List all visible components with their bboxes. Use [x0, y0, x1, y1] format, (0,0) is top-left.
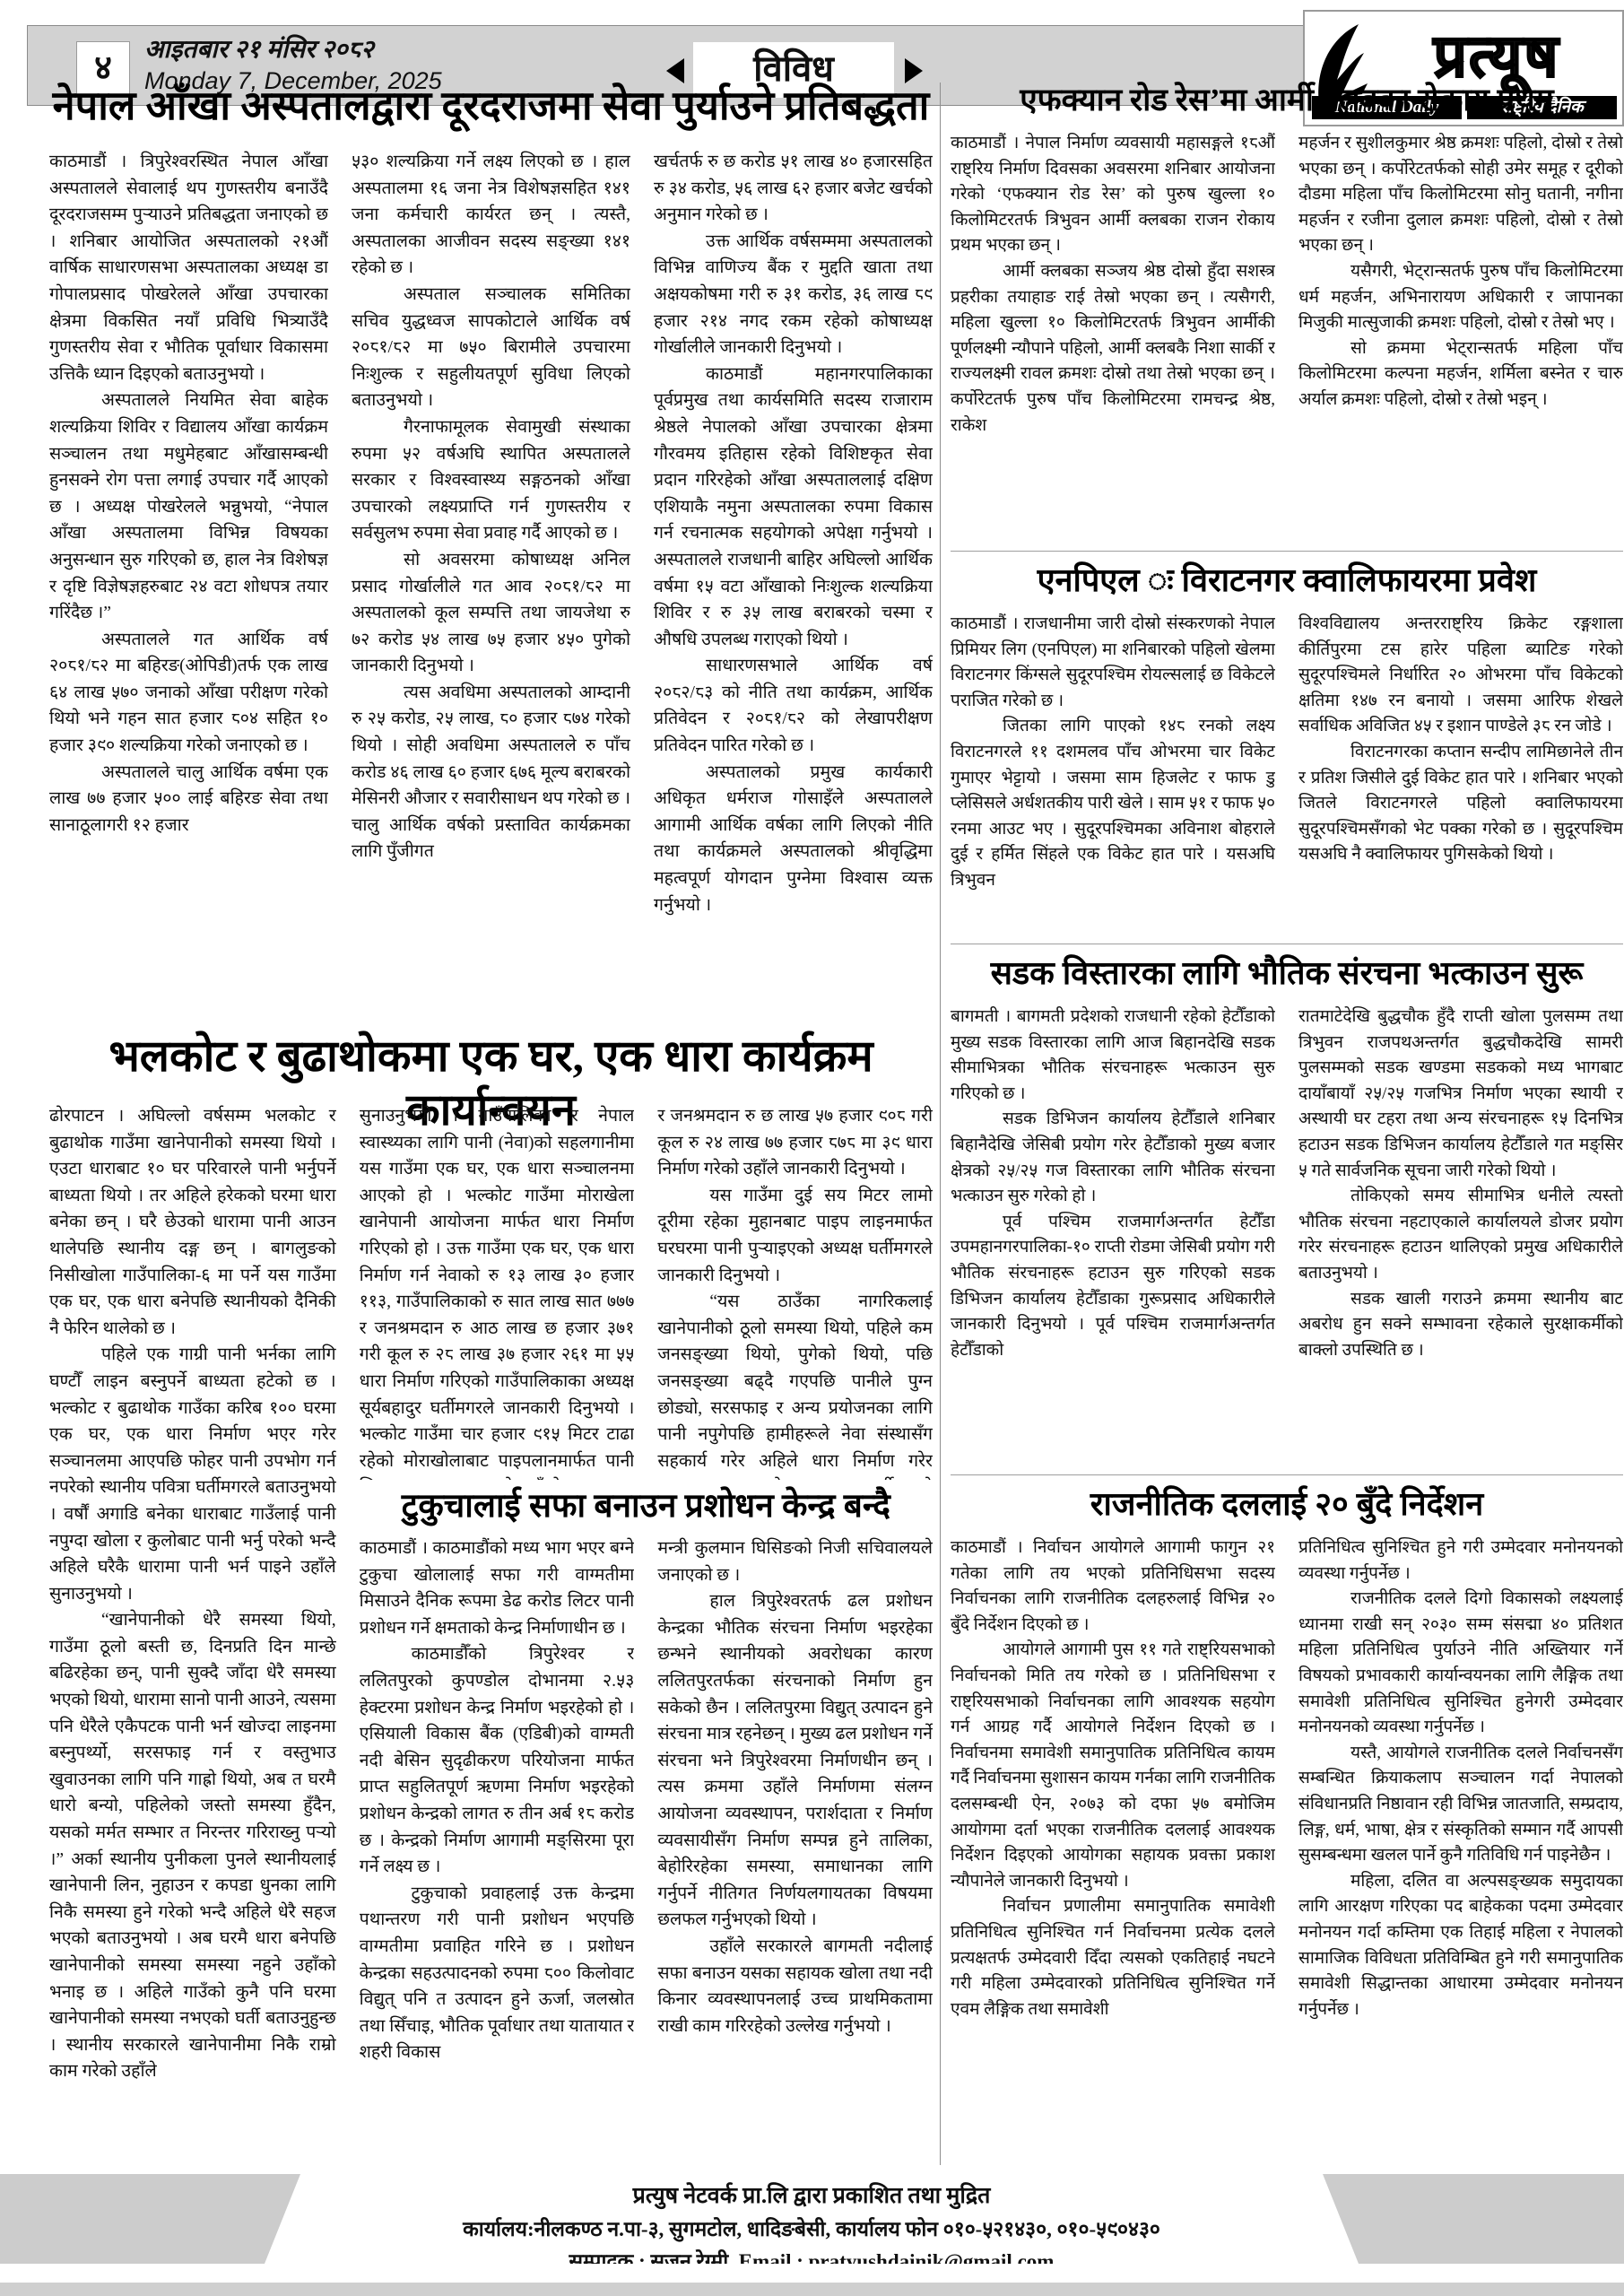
section-divider: [951, 1474, 1623, 1475]
headline-npl: एनपिएल ः विराटनगर क्वालिफायरमा प्रवेश: [951, 560, 1623, 601]
article-npl: काठमाडौं । राजधानीमा जारी दोस्रो संस्करण…: [951, 612, 1623, 940]
section-divider: [951, 551, 1623, 552]
article-column: रातमाटेदेखि बुद्धचौक हुँदै राप्ती खोला प…: [1298, 1004, 1623, 1469]
headline-tukucha: टुकुचालाई सफा बनाउन प्रशोधन केन्द्र बन्द…: [360, 1483, 933, 1530]
middle-right-stack: सुनाउनुभयो । गाउँपालिका र नेपाल स्वास्थ्…: [360, 1103, 933, 2166]
headline-eye-hospital: नेपाल आँखा अस्पतालद्वारा दूरदराजमा सेवा …: [49, 81, 933, 131]
article-eye-hospital: काठमाडौं । त्रिपुरेश्वरस्थित नेपाल आँखा …: [49, 149, 933, 1024]
footer-publisher: प्रत्युष नेटवर्क प्रा.लि द्वारा प्रकाशित…: [265, 2179, 1359, 2210]
article-column: सुनाउनुभयो । गाउँपालिका र नेपाल स्वास्थ्…: [360, 1103, 635, 1480]
article-column: काठमाडौं । नेपाल निर्माण व्यवसायी महासङ्…: [951, 131, 1275, 545]
headline-rajniti: राजनीतिक दललाई २० बुँदे निर्देशन: [951, 1483, 1623, 1525]
article-column: मन्त्री कुलमान घिसिङको निजी सचिवालयले जन…: [657, 1535, 933, 2166]
article-roadrace: काठमाडौं । नेपाल निर्माण व्यवसायी महासङ्…: [951, 131, 1623, 545]
right-arrow-icon: [905, 58, 923, 83]
article-sadak: बागमती । बागमती प्रदेशको राजधानी रहेको ह…: [951, 1004, 1623, 1469]
article-column: बागमती । बागमती प्रदेशको राजधानी रहेको ह…: [951, 1004, 1275, 1469]
article-column: खर्चतर्फ रु छ करोड ५१ लाख ४० हजारसहित रु…: [654, 149, 933, 1024]
article-column: प्रतिनिधित्व सुनिश्चित हुने गरी उम्मेदवा…: [1298, 1535, 1623, 2165]
article-bhalkot: ढोरपाटन । अघिल्लो वर्षसम्म भलकोट र बुढाथ…: [49, 1103, 933, 2166]
footer-office: कार्यालय:नीलकण्ठ न.पा-३, सुगमटोल, धादिङब…: [265, 2213, 1359, 2242]
footer-imprint: प्रत्युष नेटवर्क प्रा.लि द्वारा प्रकाशित…: [265, 2174, 1359, 2264]
article-column: काठमाडौं । काठमाडौंको मध्य भाग भएर बग्ने…: [360, 1535, 635, 2166]
article-column: ढोरपाटन । अघिल्लो वर्षसम्म भलकोट र बुढाथ…: [49, 1103, 336, 2166]
section-divider: [951, 944, 1623, 944]
article-column: महर्जन र सुशीलकुमार श्रेष्ठ क्रमशः पहिलो…: [1298, 131, 1623, 545]
date-nepali: आइतबार २१ मंसिर २०८२: [144, 35, 442, 65]
article-column: विश्वविद्यालय अन्तरराष्ट्रिय क्रिकेट रङ्…: [1298, 612, 1623, 940]
article-column: ५३० शल्यक्रिया गर्ने लक्ष्य लिएको छ । हा…: [352, 149, 630, 1024]
article-column: र जनश्रमदान रु छ लाख ५७ हजार ९०८ गरी कूल…: [657, 1103, 933, 1480]
footer-band: प्रत्युष नेटवर्क प्रा.लि द्वारा प्रकाशित…: [0, 2174, 1624, 2264]
headline-sadak: सडक विस्तारका लागि भौतिक संरचना भत्काउन …: [951, 952, 1623, 994]
article-column: काठमाडौं । त्रिपुरेश्वरस्थित नेपाल आँखा …: [49, 149, 328, 1024]
bottom-scan-edge: [0, 2283, 1624, 2296]
left-arrow-icon: [666, 58, 684, 83]
column-divider: [940, 83, 941, 2165]
article-column: काठमाडौं । राजधानीमा जारी दोस्रो संस्करण…: [951, 612, 1275, 940]
newspaper-page: ४ आइतबार २१ मंसिर २०८२ Monday 7, Decembe…: [0, 0, 1624, 2296]
article-rajniti: काठमाडौं । निर्वाचन आयोगले आगामी फागुन २…: [951, 1535, 1623, 2165]
article-column: काठमाडौं । निर्वाचन आयोगले आगामी फागुन २…: [951, 1535, 1275, 2165]
footer-editor-email: सम्पादक : सुजन रेग्मी, Email : pratyushd…: [265, 2246, 1359, 2274]
headline-roadrace: एफक्यान रोड रेस’मा आर्मी क्लबका रोकाय प्…: [951, 81, 1623, 120]
